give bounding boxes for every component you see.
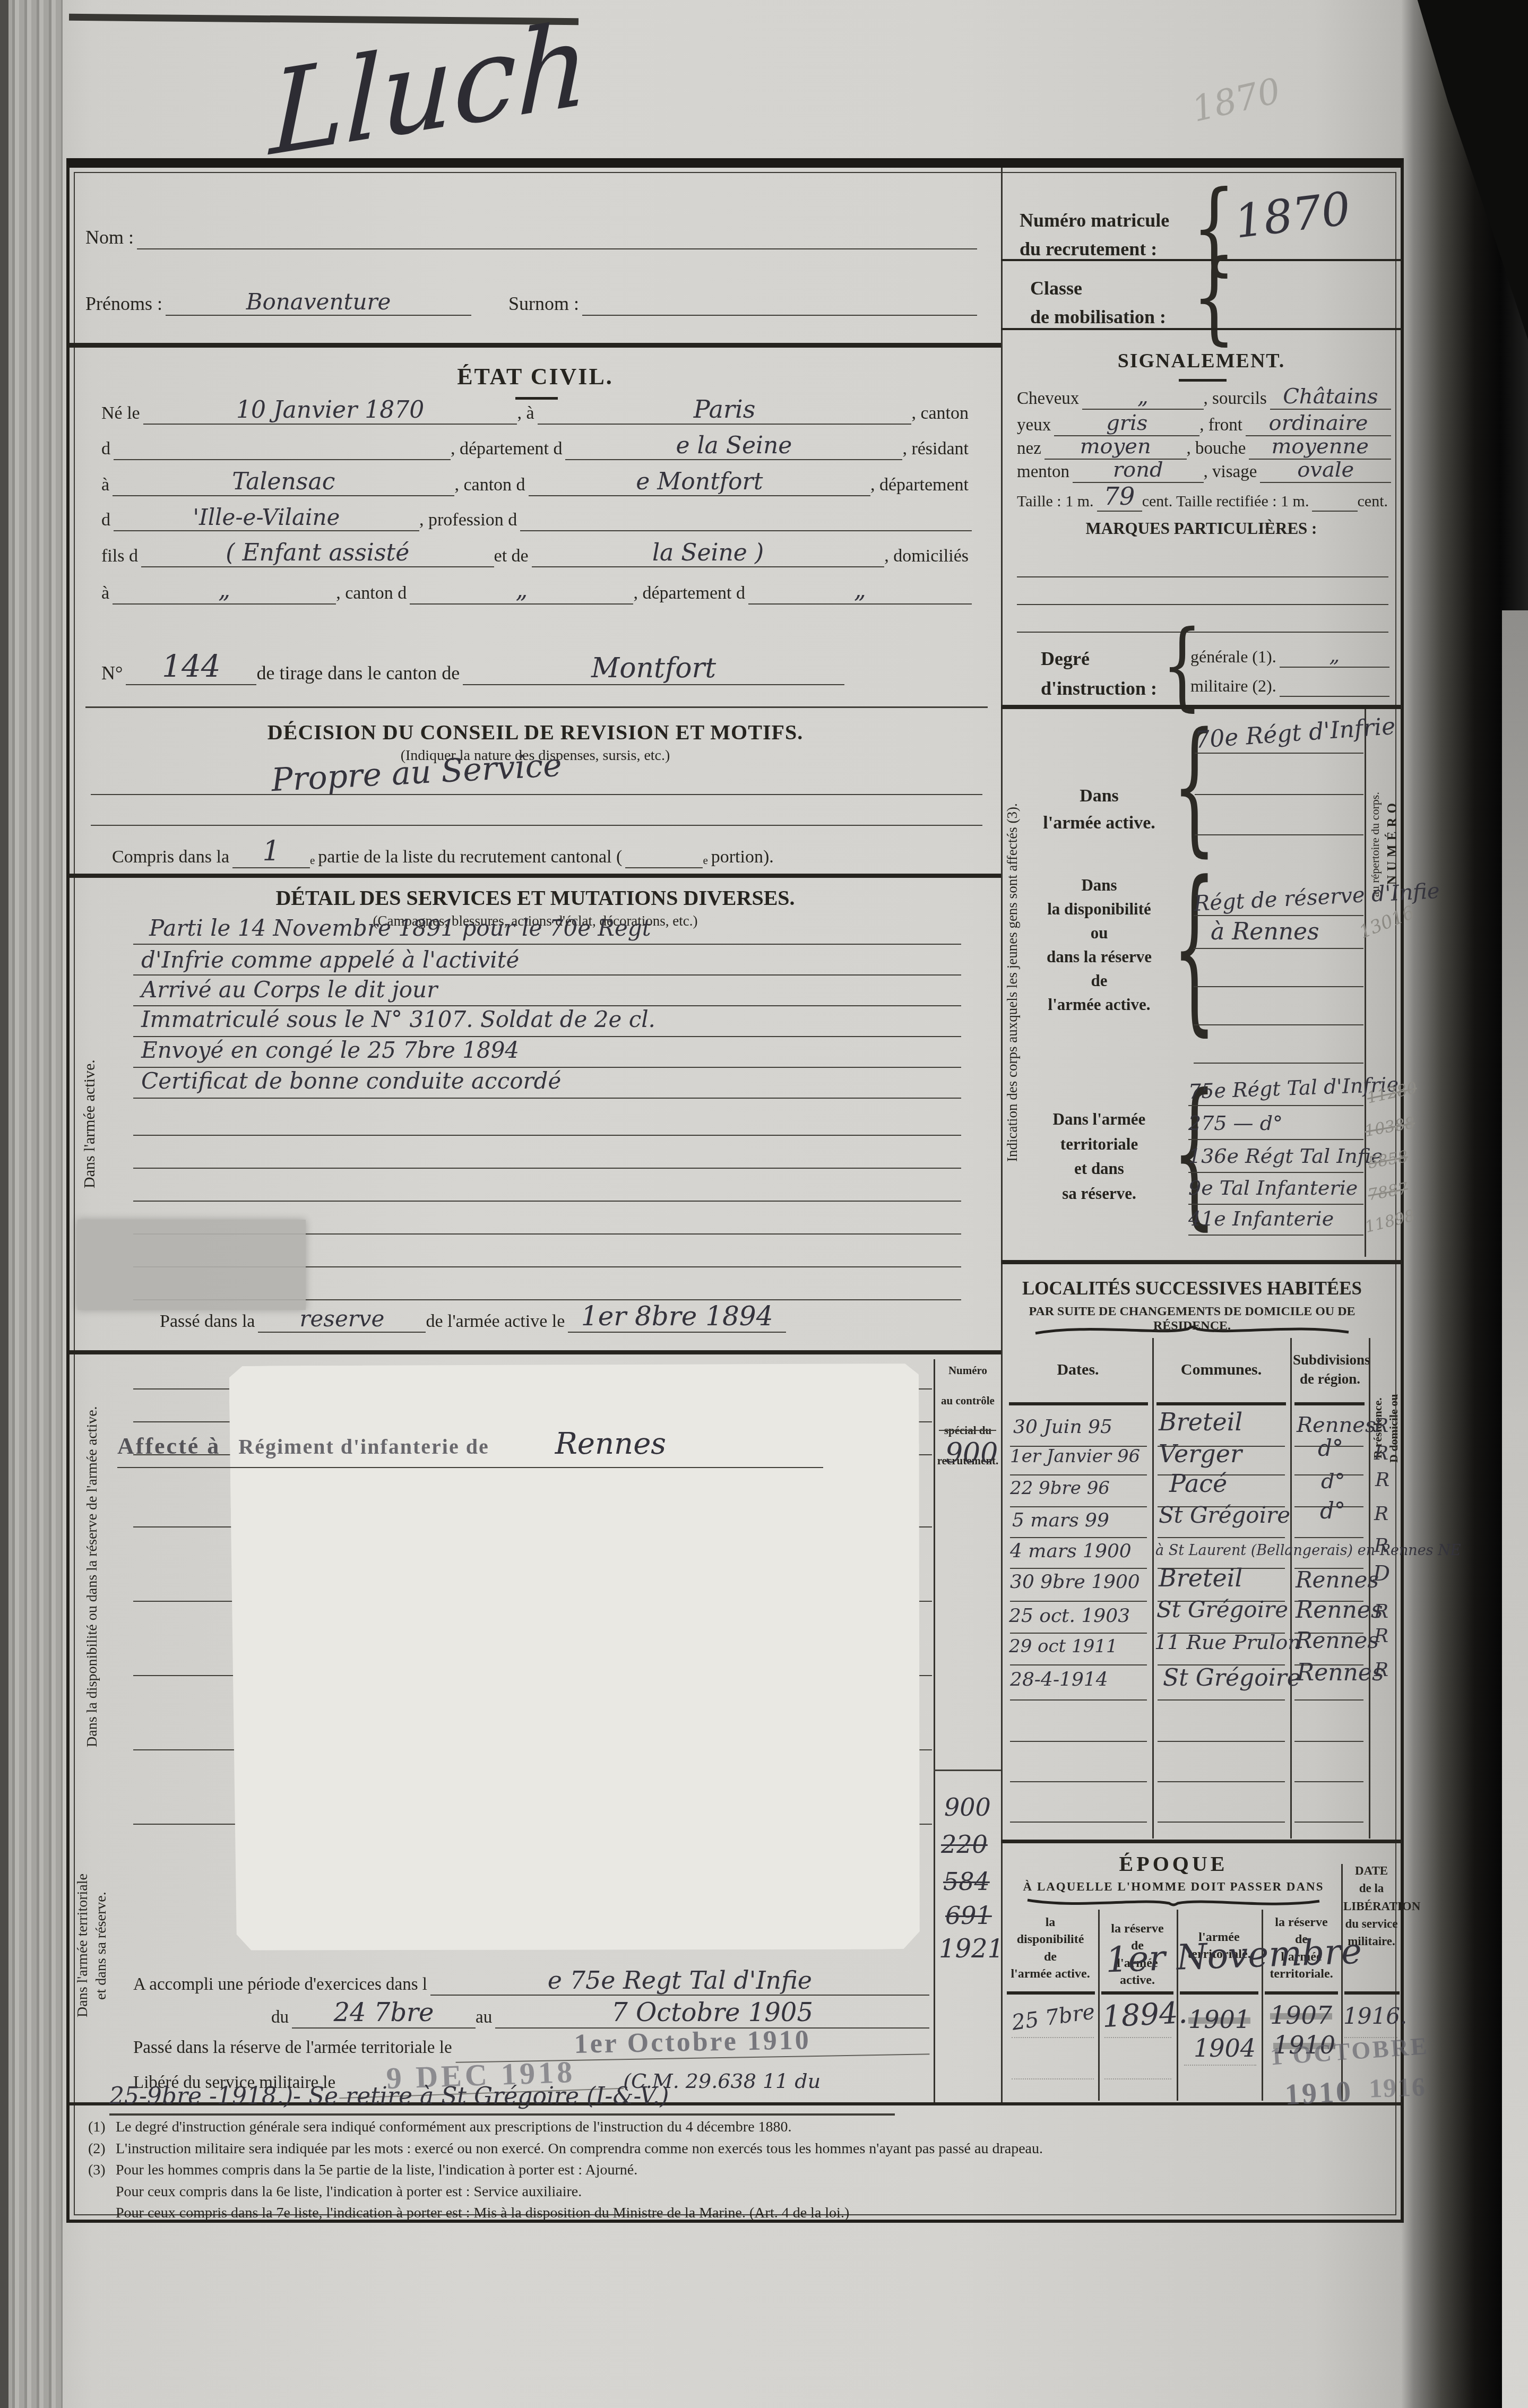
passe-territoriale-row: Passé dans la réserve de l'armée territo… [133, 2026, 929, 2059]
loc-date-7: 25 oct. 1903 [1009, 1605, 1130, 1627]
nom-line [137, 248, 977, 249]
signalement-title-dash [1179, 379, 1227, 382]
front-label: , front [1199, 416, 1246, 436]
loc-subdiv-7: Rennes [1296, 1596, 1383, 1624]
loc-uline-d5 [1010, 1568, 1147, 1569]
loc-head-rule-2 [1156, 1402, 1286, 1405]
footnote-3-marker: (3) [88, 2160, 116, 2181]
tirage-no-value: 144 [126, 648, 256, 685]
cheveux-value: „ [1082, 384, 1203, 410]
domicile-ditto-3: „ [748, 576, 972, 605]
controle-terr-value-1: 900 [944, 1793, 991, 1822]
loc-dr-1: R [1374, 1415, 1388, 1437]
loc-blank-s12 [1294, 1822, 1363, 1823]
service-line-2: d'Infrie comme appelé à l'activité [141, 947, 519, 973]
sourcils-label: , sourcils [1204, 389, 1270, 410]
epoque-subtitle: À LAQUELLE L'HOMME DOIT PASSER DANS [1006, 1880, 1341, 1894]
archival-tape [77, 1220, 306, 1310]
numero-controle-h2: au contrôle [941, 1394, 995, 1407]
service-line-3: Arrivé au Corps le dit jour [141, 977, 437, 1003]
book-edge-left-shadow [0, 0, 8, 2408]
domicilies-suffix: , domiciliés [884, 546, 972, 567]
numero-controle-cell-divider [934, 1770, 1001, 1771]
passe-label: Passé dans la [160, 1311, 258, 1333]
ep-head-rule-2 [1101, 1991, 1173, 1995]
corps-terr-underline-1 [1188, 1105, 1363, 1106]
loc-subdiv-1: Rennes [1297, 1413, 1376, 1437]
nom-row: Nom : [85, 226, 977, 249]
affectation-underline [117, 1467, 823, 1468]
loc-uline-d8 [1010, 1664, 1147, 1665]
footnote-5-marker [88, 2203, 116, 2224]
footnote-1-marker: (1) [88, 2117, 116, 2138]
corps-numero-divider [1365, 709, 1366, 1257]
domicile-ditto-1: „ [113, 576, 336, 605]
pencil-class-year: 1870 [1188, 70, 1284, 130]
loc-blank-c10 [1158, 1741, 1285, 1742]
loc-uline-d3 [1010, 1506, 1147, 1507]
service-line-5: Envoyé en congé le 25 7bre 1894 [141, 1037, 519, 1063]
front-value: ordinaire [1246, 411, 1391, 436]
controle-terr-value-5: 1921 [939, 1934, 1004, 1964]
etat-civil-title: ÉTAT CIVIL. [70, 363, 1001, 390]
ep-dline-3 [1184, 2065, 1256, 2066]
domicile-a-label: à [101, 583, 113, 605]
service-line-6: Certificat de bonne conduite accordé [141, 1068, 561, 1094]
loc-date-9: 28-4-1914 [1010, 1669, 1108, 1690]
loc-dr-5: R [1374, 1535, 1388, 1557]
compris-sup-2: e [703, 854, 711, 868]
ec-row-3: à Talensac , canton d e Montfort , dépar… [101, 468, 972, 496]
ep-dline-5 [1104, 2078, 1171, 2079]
fils-label: fils d [101, 546, 141, 567]
loc-commune-5: à St Laurent (Bellangerais) en Rennes NE [1155, 1542, 1461, 1559]
corps-terr-row-2: 275 — d° [1188, 1111, 1283, 1135]
periode-value: e 75e Regt Tal d'Infie [430, 1966, 929, 1996]
armee-active-underline [1195, 753, 1363, 754]
surnom-line [582, 315, 977, 316]
ep-dline-4 [1012, 2078, 1094, 2079]
matricule-value: 1870 [1232, 182, 1353, 249]
profession-label: , profession d [419, 510, 520, 531]
loc-commune-6: Breteil [1159, 1564, 1242, 1592]
taille-label: Taille : 1 m. [1017, 493, 1097, 512]
numero-controle-divider [934, 1359, 935, 2102]
prenoms-value: Bonaventure [166, 289, 471, 316]
profession-value [520, 530, 972, 531]
register-form: Nom : Prénoms : Bonaventure Surnom : Num… [66, 158, 1404, 2223]
footnote-4-marker [88, 2181, 116, 2203]
corps-terr-underline-2 [1188, 1139, 1363, 1140]
loc-dr-6: D [1373, 1561, 1390, 1586]
disponibilite-side-label: Dans la disponibilité ou dans la réserve… [77, 1365, 107, 1789]
loc-uline-s4 [1294, 1537, 1363, 1538]
militaire-blank [1280, 696, 1389, 697]
corps-divider [1001, 1260, 1402, 1264]
canton-suffix: , canton [911, 403, 972, 425]
residence-value: Talensac [113, 468, 454, 496]
ne-le-label: Né le [101, 403, 143, 425]
cheveux-label: Cheveux [1017, 389, 1082, 410]
corps-dispo-label: Dans la disponibilité ou dans la réserve… [1025, 874, 1173, 1017]
epoque-brace-flourish [1025, 1897, 1322, 1910]
nom-label: Nom : [85, 226, 137, 249]
et-de-label: et de [494, 546, 532, 567]
loc-commune-3: Pacé [1169, 1469, 1227, 1498]
corps-terr-label: Dans l'armée territoriale et dans sa rés… [1025, 1107, 1173, 1206]
ep-head-rule-5 [1344, 1991, 1400, 1995]
corps-dispo-underline-2 [1194, 948, 1363, 949]
corps-terr-row-3: 136e Régt Tal Infie [1188, 1144, 1383, 1168]
bouche-value: moyenne [1249, 434, 1391, 460]
ep-head-rule-4 [1265, 1991, 1338, 1995]
footnote-3-text: Pour les hommes compris dans la 5e parti… [116, 2160, 637, 2181]
loc-blank-c12 [1158, 1822, 1285, 1823]
yeux-value: gris [1054, 411, 1199, 436]
ep-value-1: 25 7bre [1011, 1999, 1097, 2035]
ec-row-1: Né le 10 Janvier 1870 , à Paris , canton [101, 395, 972, 425]
loc-col-communes: Communes. [1155, 1361, 1288, 1379]
ec-row-2: d , département d e la Seine , résidant [101, 432, 972, 460]
numero-controle-reserve-value: 900 [945, 1437, 998, 1469]
marques-line-1 [1017, 576, 1388, 577]
footnote-1-text: Le degré d'instruction générale sera ind… [116, 2117, 792, 2138]
armee-active-label: Dans l'armée active. [1025, 782, 1173, 836]
classe-label-line1: Classe [1030, 274, 1166, 303]
loc-uline-d4 [1010, 1537, 1147, 1538]
armee-active-rule-2 [1195, 794, 1363, 795]
marques-line-3 [1017, 632, 1388, 633]
taille-rectifiee-blank [1312, 511, 1357, 512]
signalement-title: SIGNALEMENT. [1001, 349, 1402, 373]
prenoms-row: Prénoms : Bonaventure Surnom : [85, 289, 977, 316]
corps-terr-row-4: 9e Tal Infanterie [1188, 1176, 1358, 1199]
rule-under-classe [1001, 328, 1402, 330]
loc-subdiv-8: Rennes [1296, 1627, 1379, 1653]
residence-dept-suffix: , département [870, 475, 972, 496]
territorial-side-label: Dans l'armée territoriale et dans sa rés… [77, 1808, 107, 2084]
loc-col-dates: Dates. [1006, 1361, 1150, 1379]
decision-line-2 [91, 825, 982, 826]
menton-value: rond [1073, 458, 1204, 483]
compris-value: 1 [232, 835, 310, 868]
du-label: du [271, 2008, 292, 2029]
ec-row-5: fils d ( Enfant assisté et de la Seine )… [101, 539, 972, 567]
loc-blank-d11 [1010, 1781, 1147, 1782]
loc-uline-c4 [1158, 1537, 1285, 1538]
loc-dr-8: R [1374, 1625, 1388, 1647]
tirage-label: de tirage dans le canton de [256, 662, 463, 685]
loc-uline-c9 [1158, 1699, 1285, 1701]
classe-label-line2: de mobilisation : [1030, 303, 1166, 331]
sig-row-2: yeux gris , front ordinaire [1017, 411, 1391, 436]
militaire-label: militaire (2). [1190, 676, 1280, 697]
loc-head-rule-1 [1009, 1402, 1148, 1405]
departement-label: , département d [451, 439, 566, 460]
birth-place-value: Paris [538, 395, 912, 425]
nez-value: moyen [1044, 434, 1187, 460]
ec-row-4: d 'Ille-e-Vilaine , profession d [101, 504, 972, 531]
dept-d-label: d [101, 510, 114, 531]
service-rule-7 [133, 1135, 961, 1136]
loc-dr-2: R [1374, 1443, 1388, 1464]
next-page-sliver [1502, 610, 1528, 2408]
loc-commune-1: Breteil [1159, 1408, 1242, 1436]
degre-militaire-row: militaire (2). [1190, 676, 1389, 697]
departement-value: e la Seine [565, 432, 902, 460]
ep-head-rule-3 [1180, 1991, 1258, 1995]
matricule-label-line1: Numéro matricule [1020, 206, 1169, 235]
decision-title: DÉCISION DU CONSEIL DE REVISION ET MOTIF… [70, 720, 1001, 745]
corps-dispo-rule-3 [1194, 986, 1363, 987]
ep-divider-1 [1098, 1910, 1100, 2101]
flourish-divider [1033, 1323, 1351, 1337]
book-edge-left [0, 0, 63, 2408]
loc-head-rule-3 [1294, 1402, 1365, 1405]
footnote-4-text: Pour ceux compris dans la 6e liste, l'in… [116, 2181, 582, 2203]
loc-blank-d12 [1010, 1822, 1147, 1823]
taille-value: 79 [1097, 482, 1142, 512]
loc-date-1: 30 Juin 95 [1013, 1416, 1112, 1438]
controle-terr-value-3: 584 [943, 1867, 990, 1896]
canton-value [114, 459, 451, 460]
loc-uline-d2 [1010, 1474, 1147, 1475]
libere-note-2: 25-9bre -1918.)- Se retire à St Grégoire… [109, 2083, 669, 2110]
numero-controle-header-rule [939, 1430, 996, 1431]
scanned-register-page: 1870 Lluch Nom : Prénoms : Bonaventure S… [0, 0, 1528, 2408]
du-value: 24 7bre [292, 1998, 476, 2029]
footnote-5: Pour ceux compris dans la 7e liste, l'in… [88, 2203, 1383, 2224]
dept-value: 'Ille-e-Vilaine [114, 504, 419, 531]
armee-active-rule-3 [1195, 834, 1363, 835]
ep-head-rule-1 [1007, 1991, 1095, 1995]
ec-row-6: à „ , canton d „ , département d „ [101, 576, 972, 605]
passe-value-1: reserve [258, 1306, 426, 1333]
corps-terr-underline-4 [1188, 1204, 1363, 1205]
loc-col-divider-1 [1152, 1338, 1154, 1839]
footnote-2-text: L'instruction militaire sera indiquée pa… [116, 2138, 1043, 2160]
affectation-row: Affecté à Régiment d'infanterie de Renne… [117, 1427, 887, 1461]
ep-value-4: 1907 [1270, 2001, 1332, 2030]
service-line-1: Parti le 14 Novembre 1891 pour le 70e Re… [149, 915, 651, 941]
degre-label-line1: Degré [1041, 644, 1157, 674]
corps-dispo-value-2: à Rennes [1211, 918, 1319, 945]
compris-row: Compris dans la 1 e partie de la liste d… [112, 835, 908, 868]
loc-dr-3: R [1375, 1469, 1389, 1491]
fils-value-2: la Seine ) [532, 539, 885, 567]
identity-divider [70, 343, 1001, 348]
services-divider [70, 1350, 1001, 1354]
service-rule-2 [133, 974, 961, 976]
ep-value-6: 1904 [1194, 2034, 1256, 2062]
loc-subdiv-2: d° [1318, 1435, 1343, 1461]
loc-blank-s11 [1294, 1781, 1363, 1782]
domicile-ditto-2: „ [410, 576, 633, 605]
d-label: d [101, 439, 114, 460]
service-rule-6 [133, 1098, 961, 1099]
corps-dispo-rule-5 [1194, 1063, 1363, 1064]
loc-date-5: 4 mars 1900 [1010, 1540, 1132, 1562]
nez-label: nez [1017, 439, 1044, 460]
footnote-3: (3) Pour les hommes compris dans la 5e p… [88, 2160, 1383, 2181]
classe-brace: { [1192, 247, 1236, 347]
loc-commune-9: St Grégoire [1163, 1664, 1301, 1691]
marques-title: MARQUES PARTICULIÈRES : [1001, 519, 1402, 538]
loc-blank-d10 [1010, 1741, 1147, 1742]
ec-bottom-line [85, 706, 988, 708]
loc-commune-8: 11 Rue Prulon [1154, 1630, 1301, 1654]
tirage-row: N° 144 de tirage dans le canton de Montf… [101, 648, 844, 685]
decision-divider [70, 874, 1001, 878]
decision-line-1 [91, 794, 982, 795]
loc-dr-4: R [1374, 1503, 1388, 1525]
compris-sup-1: e [310, 854, 318, 868]
passe-reserve-row: Passé dans la reserve de l'armée active … [160, 1301, 786, 1333]
bouche-label: , bouche [1187, 439, 1249, 460]
visage-label: , visage [1204, 462, 1261, 483]
periode-row: A accompli une période d'exercices dans … [133, 1966, 929, 1996]
generale-label: générale (1). [1190, 647, 1280, 668]
tirage-no-label: N° [101, 662, 126, 685]
sig-row-taille: Taille : 1 m. 79 cent. Taille rectifiée … [1017, 482, 1391, 512]
ep-dline-2 [1104, 2037, 1171, 2038]
loc-uline-d6 [1010, 1601, 1147, 1602]
loc-subdiv-4: d° [1320, 1498, 1345, 1524]
generale-value: „ [1280, 643, 1389, 668]
corps-terr-underline-3 [1188, 1172, 1363, 1173]
affecte-stamp-2: Régiment d'infanterie de [238, 1435, 489, 1458]
footnote-2: (2) L'instruction militaire sera indiqué… [88, 2138, 1383, 2160]
localites-divider [1001, 1840, 1402, 1843]
prenoms-label: Prénoms : [85, 292, 166, 316]
sig-row-3: nez moyen , bouche moyenne [1017, 434, 1391, 460]
libere-underline [109, 2113, 895, 2116]
tirage-canton-value: Montfort [463, 652, 844, 685]
sig-row-1: Cheveux „ , sourcils Châtains [1017, 384, 1391, 410]
corps-dispo-underline-1 [1194, 915, 1363, 916]
residence-a-label: à [101, 475, 113, 496]
footnote-5-text: Pour ceux compris dans la 7e liste, l'in… [116, 2203, 849, 2224]
loc-uline-s9 [1294, 1699, 1363, 1701]
surname-signature: Lluch [269, 0, 591, 182]
loc-subdiv-9: Rennes [1297, 1659, 1384, 1686]
loc-col-subdiv: Subdivisions de région. [1293, 1350, 1367, 1389]
visage-value: ovale [1260, 458, 1391, 483]
degre-generale-row: générale (1). „ [1190, 643, 1389, 668]
degre-label-line2: d'instruction : [1041, 674, 1157, 704]
matricule-label: Numéro matricule du recrutement : [1020, 206, 1169, 263]
domicile-canton-label: , canton d [336, 583, 410, 605]
residence-canton-value: e Montfort [529, 468, 870, 496]
service-line-4: Immatriculé sous le N° 3107. Soldat de 2… [141, 1006, 655, 1032]
affecte-stamp-1: Affecté à [117, 1433, 220, 1459]
portion-blank [625, 867, 703, 868]
ep-stamp-1910: 1910 [1284, 2075, 1353, 2112]
loc-uline-d7 [1010, 1633, 1147, 1634]
epoque-title: ÉPOQUE [1006, 1851, 1341, 1876]
loc-col-divider-2 [1290, 1338, 1292, 1839]
corps-terr-num-4: 7887 [1367, 1179, 1410, 1205]
residence-canton-label: , canton d [454, 475, 528, 496]
compris-end: portion). [711, 847, 777, 868]
corps-terr-underline-5 [1188, 1235, 1363, 1236]
loc-date-2: 1er Janvier 96 [1010, 1446, 1140, 1467]
sourcils-value: Châtains [1270, 384, 1391, 410]
loc-date-8: 29 oct 1911 [1009, 1636, 1118, 1657]
periode-label: A accompli une période d'exercices dans … [133, 1975, 430, 1996]
ep-col1-header: la disponibilité de l'armée active. [1005, 1914, 1096, 1983]
service-rule-8 [133, 1168, 961, 1169]
controle-terr-value-4: 691 [945, 1901, 992, 1930]
ep-value-3: 1901 [1188, 2005, 1250, 2034]
loc-commune-7: St Grégoire [1156, 1596, 1288, 1622]
passe-territoriale-label: Passé dans la réserve de l'armée territo… [133, 2038, 455, 2059]
loc-commune-2: Verger [1159, 1439, 1242, 1468]
taille-rectifiee-label: cent. Taille rectifiée : 1 m. [1142, 493, 1313, 512]
loc-commune-4: St Grégoire [1159, 1502, 1290, 1528]
services-title: DÉTAIL DES SERVICES ET MUTATIONS DIVERSE… [70, 885, 1001, 910]
surnom-label: Surnom : [471, 292, 582, 316]
loc-subdiv-6: Rennes [1296, 1567, 1379, 1593]
loc-blank-c11 [1158, 1781, 1285, 1782]
compris-mid: partie de la liste du recrutement canton… [318, 847, 625, 868]
menton-label: menton [1017, 462, 1073, 483]
classe-label: Classe de mobilisation : [1030, 274, 1166, 331]
ep-value-2: 1894. [1101, 1996, 1188, 2034]
corps-side-label: Indication des corps auxquels les jeunes… [1003, 709, 1023, 1256]
passe-mid-label: de l'armée active le [426, 1311, 568, 1333]
ep-dline-1 [1012, 2037, 1094, 2038]
loc-dr-7: R [1374, 1601, 1388, 1622]
corps-dispo-brace: { [1172, 858, 1216, 1037]
taille-cent-label: cent. [1358, 493, 1391, 512]
sig-row-4: menton rond , visage ovale [1017, 458, 1391, 483]
compris-label: Compris dans la [112, 847, 232, 868]
passe-date-value: 1er 8bre 1894 [568, 1301, 786, 1333]
footnotes: (1) Le degré d'instruction générale sera… [88, 2117, 1383, 2224]
service-rule-9 [133, 1201, 961, 1202]
footnote-2-marker: (2) [88, 2138, 116, 2160]
corps-terr-row-5: 41e Infanterie [1188, 1207, 1334, 1230]
loc-date-3: 22 9bre 96 [1010, 1478, 1110, 1499]
loc-subdiv-3: d° [1321, 1469, 1345, 1494]
ep-value-5: 1916. [1343, 2003, 1407, 2029]
a-label: , à [517, 403, 537, 425]
service-rule-1 [133, 944, 961, 945]
localites-title: LOCALITÉS SUCCESSIVES HABITÉES [1006, 1278, 1378, 1299]
birth-date-value: 10 Janvier 1870 [143, 396, 517, 425]
loc-date-4: 5 mars 99 [1012, 1509, 1109, 1531]
ep-stamp-1916: 1916 [1368, 2071, 1427, 2104]
controle-terr-value-2: 220 [941, 1830, 988, 1859]
degre-label: Degré d'instruction : [1041, 644, 1157, 704]
loc-uline-d9 [1010, 1699, 1147, 1701]
domicile-dept-label: , département d [633, 583, 748, 605]
numero-controle-h1: Numéro [948, 1364, 987, 1377]
footnote-1: (1) Le degré d'instruction générale sera… [88, 2117, 1383, 2138]
corps-dispo-rule-4 [1194, 1024, 1363, 1025]
fils-value-1: ( Enfant assisté [141, 539, 494, 567]
affecte-regiment-value: Rennes [555, 1427, 666, 1461]
footnote-4: Pour ceux compris dans la 6e liste, l'in… [88, 2181, 1383, 2203]
marques-line-2 [1017, 604, 1388, 605]
au-label: au [476, 2008, 495, 2029]
loc-blank-s10 [1294, 1741, 1363, 1742]
yeux-label: yeux [1017, 416, 1054, 436]
residant-suffix: , résidant [902, 439, 972, 460]
loc-date-6: 30 9bre 1900 [1010, 1571, 1140, 1593]
loc-dr-9: R [1374, 1659, 1388, 1681]
